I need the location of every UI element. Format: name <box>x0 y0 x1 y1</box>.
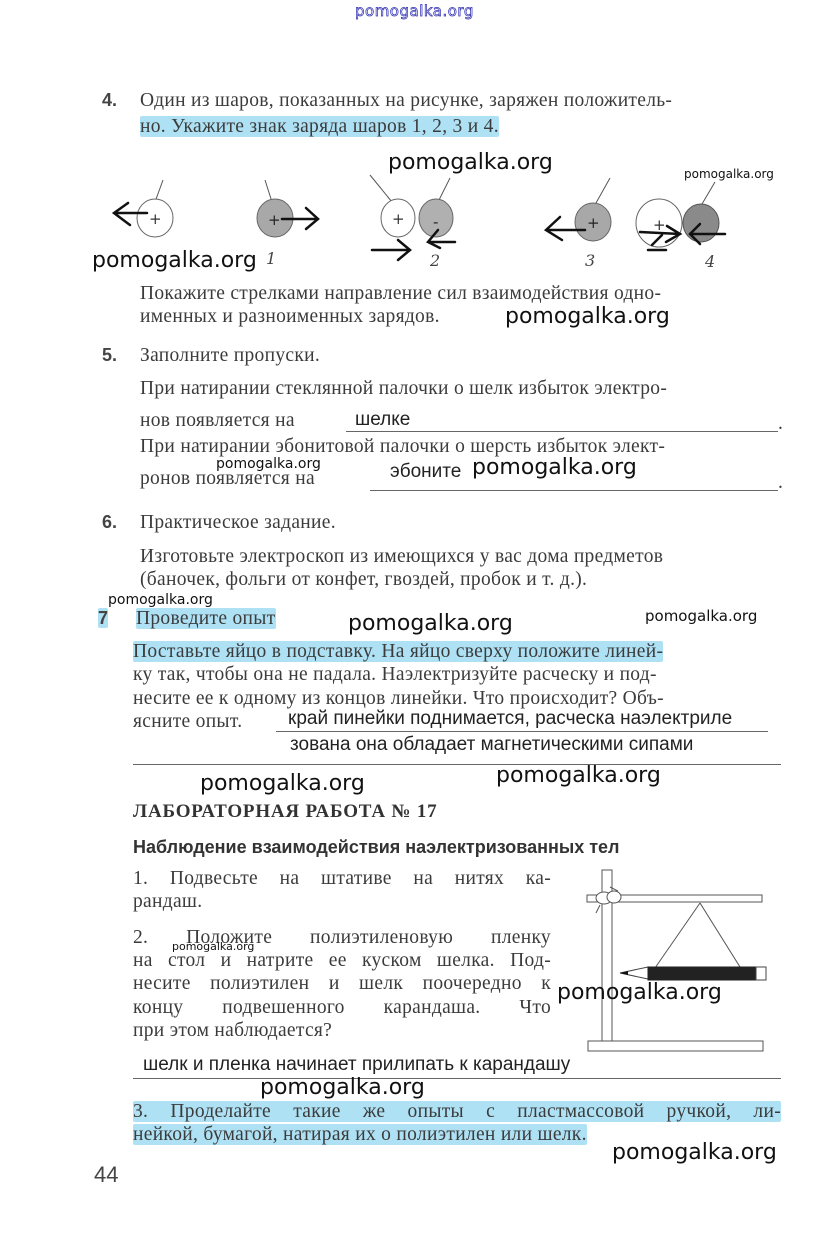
lab-step-1-line-2: рандаш. <box>133 891 202 913</box>
lab-step-3-line-2-text: нейкой, бумагой, натирая их о полиэтилен… <box>133 1124 587 1145</box>
lab-step-2-line-5: при этом наблюдается? <box>133 1020 332 1042</box>
lab-title: ЛАБОРАТОРНАЯ РАБОТА № 17 <box>133 801 437 823</box>
task-5-title: Заполните пропуски. <box>140 345 320 367</box>
svg-text:+: + <box>392 210 405 228</box>
watermark: pomogalka.org <box>496 763 661 788</box>
task-5-answer-1[interactable]: шелке <box>355 409 410 431</box>
watermark: pomogalka.org <box>200 771 365 796</box>
task-7-number-text: 7 <box>98 608 108 628</box>
watermark-small: pomogalka.org <box>108 592 213 608</box>
lab-subtitle: Наблюдение взаимодействия наэлектризован… <box>133 837 619 858</box>
lab-step-3-line-1-text: 3. Проделайте такие же опыты с пластмасс… <box>133 1101 781 1122</box>
task-4-number: 4. <box>102 90 117 111</box>
svg-text:+: + <box>653 216 666 234</box>
task-7-title: Проведите опыт <box>136 608 276 630</box>
task-5-s2-line-2: ронов появляется на <box>140 468 315 490</box>
svg-text:+: + <box>268 211 281 229</box>
watermark-small: pomogalka.org <box>645 607 757 625</box>
task-4-instruction-1: Покажите стрелками направление сил взаим… <box>140 283 661 305</box>
lab-step-1-line-1: 1. Подвесьте на штативе на нитях ка- <box>133 868 551 890</box>
lab-step-2-line-4: концу подвешенного карандаша. Что <box>133 997 551 1019</box>
svg-text:+: + <box>587 214 600 232</box>
period: . <box>778 472 783 494</box>
task-6-title: Практическое задание. <box>140 512 336 534</box>
task-7-answer-1[interactable]: край пинейки поднимается, расческа наэле… <box>288 708 732 730</box>
answer-line <box>346 431 778 432</box>
svg-text:2: 2 <box>429 251 440 270</box>
answer-line <box>133 1078 781 1079</box>
task-6-number: 6. <box>102 512 117 533</box>
task-6-line-1: Изготовьте электроскоп из имеющихся у ва… <box>140 546 663 568</box>
watermark: pomogalka.org <box>472 455 637 480</box>
lab-step-3-line-1: 3. Проделайте такие же опыты с пластмасс… <box>133 1101 781 1123</box>
stand-pencil-illustration <box>560 855 800 1055</box>
task-7-line-1: Поставьте яйцо в подставку. На яйцо свер… <box>133 641 663 663</box>
task-7-line-2: ку так, чтобы она не падала. Наэлектризу… <box>133 664 657 686</box>
page-number: 44 <box>94 1162 118 1188</box>
task-4-line-2: но. Укажите знак заряда шаров 1, 2, 3 и … <box>140 116 499 138</box>
answer-line <box>133 764 781 765</box>
task-4-line-2-text: но. Укажите знак заряда шаров 1, 2, 3 и … <box>140 116 499 137</box>
lab-step-3-line-2: нейкой, бумагой, натирая их о полиэтилен… <box>133 1124 587 1146</box>
label-1: 1 <box>266 249 276 268</box>
task-7-answer-2[interactable]: зована она обладает магнетическими сипам… <box>290 734 693 756</box>
watermark: pomogalka.org <box>348 611 513 636</box>
task-5-s1-line-2: нов появляется на <box>140 410 295 432</box>
top-watermark: pomogalka.org <box>355 2 474 20</box>
task-6-line-2: (баночек, фольги от конфет, гвоздей, про… <box>140 569 587 591</box>
task-7-line-4: ясните опыт. <box>133 711 242 733</box>
svg-text:3: 3 <box>585 251 595 270</box>
svg-text:+: + <box>149 210 162 228</box>
task-5-s1-line-1: При натирании стеклянной палочки о шелк … <box>140 378 667 400</box>
answer-line <box>370 490 778 491</box>
watermark: pomogalka.org <box>505 304 670 329</box>
task-7-line-3: несите ее к одному из концов линейки. Чт… <box>133 688 664 710</box>
watermark: pomogalka.org <box>260 1075 425 1100</box>
watermark: pomogalka.org <box>557 980 722 1005</box>
task-5-number: 5. <box>102 345 117 366</box>
svg-text:-: - <box>433 213 438 231</box>
task-4-line-1: Один из шаров, показанных на рисунке, за… <box>140 90 672 112</box>
watermark: pomogalka.org <box>92 248 257 273</box>
lab-step-2-line-3: несите полиэтилен и шелк поочередно к <box>133 973 551 995</box>
task-7-title-text: Проведите опыт <box>136 608 276 629</box>
task-5-answer-2[interactable]: эбоните <box>390 461 461 483</box>
task-4-instruction-2: именных и разноименных зарядов. <box>140 306 440 328</box>
period: . <box>778 413 783 435</box>
answer-line <box>276 731 768 732</box>
task-7-line-1-text: Поставьте яйцо в подставку. На яйцо свер… <box>133 641 663 662</box>
lab-step-2-line-2: на стол и натрите ее куском шелка. Под- <box>133 950 551 972</box>
lab-answer[interactable]: шелк и пленка начинает прилипать к каран… <box>143 1054 570 1076</box>
task-7-number: 7 <box>98 608 108 629</box>
svg-text:4: 4 <box>704 252 715 271</box>
watermark: pomogalka.org <box>612 1140 777 1165</box>
